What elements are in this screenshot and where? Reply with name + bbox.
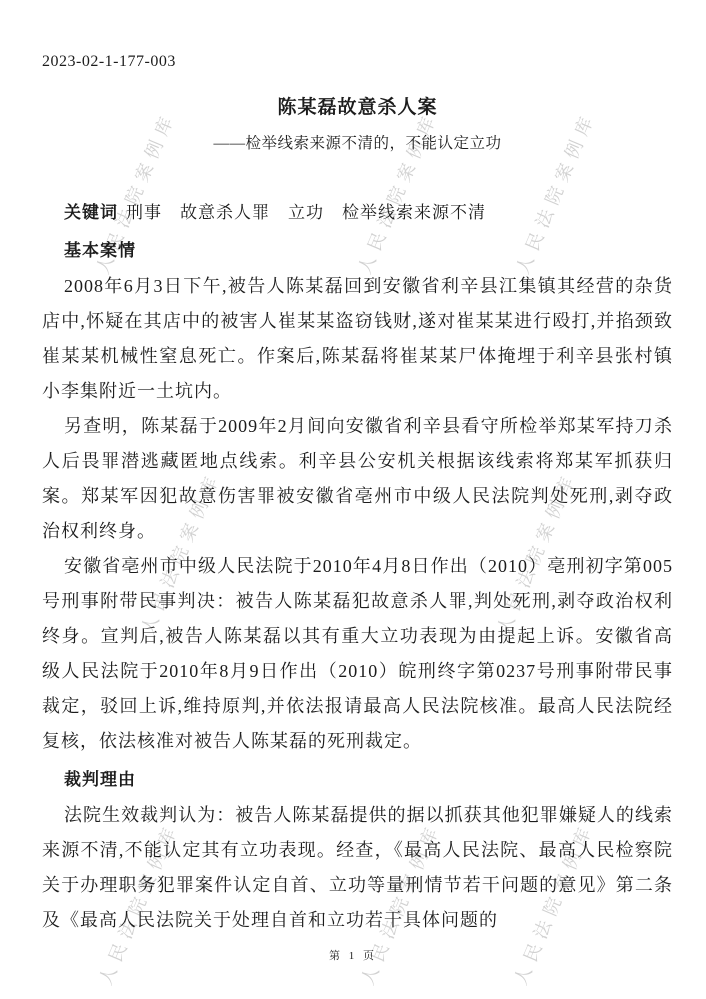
paragraph-facts-2: 另查明，陈某磊于2009年2月间向安徽省利辛县看守所检举郑某军持刀杀人后畏罪潜逃… bbox=[42, 409, 673, 549]
keywords-label: 关键词 bbox=[64, 203, 118, 222]
section-heading-basic-facts: 基本案情 bbox=[42, 232, 673, 269]
paragraph-reasons-1: 法院生效裁判认为：被告人陈某磊提供的据以抓获其他犯罪嫌疑人的线索来源不清,不能认… bbox=[42, 798, 673, 938]
document-body: 关键词刑事 故意杀人罪 立功 检举线索来源不清 基本案情 2008年6月3日下午… bbox=[42, 195, 673, 938]
page-footer: 第 1 页 bbox=[0, 947, 706, 963]
document-number: 2023-02-1-177-003 bbox=[42, 52, 673, 72]
section-heading-judgment-reasons: 裁判理由 bbox=[42, 761, 673, 798]
paragraph-facts-3: 安徽省亳州市中级人民法院于2010年4月8日作出（2010）亳刑初字第005号刑… bbox=[42, 549, 673, 759]
case-subtitle: ——检举线索来源不清的，不能认定立功 bbox=[42, 133, 673, 155]
document-page: 人民法院案例库 人民法院案例库 人民法院案例库 人民法院案例库 人民法院案例库 … bbox=[0, 0, 706, 999]
keywords-value: 刑事 故意杀人罪 立功 检举线索来源不清 bbox=[126, 203, 486, 222]
case-title: 陈某磊故意杀人案 bbox=[42, 92, 673, 119]
keywords-line: 关键词刑事 故意杀人罪 立功 检举线索来源不清 bbox=[42, 195, 673, 230]
paragraph-facts-1: 2008年6月3日下午,被告人陈某磊回到安徽省利辛县江集镇其经营的杂货店中,怀疑… bbox=[42, 269, 673, 409]
